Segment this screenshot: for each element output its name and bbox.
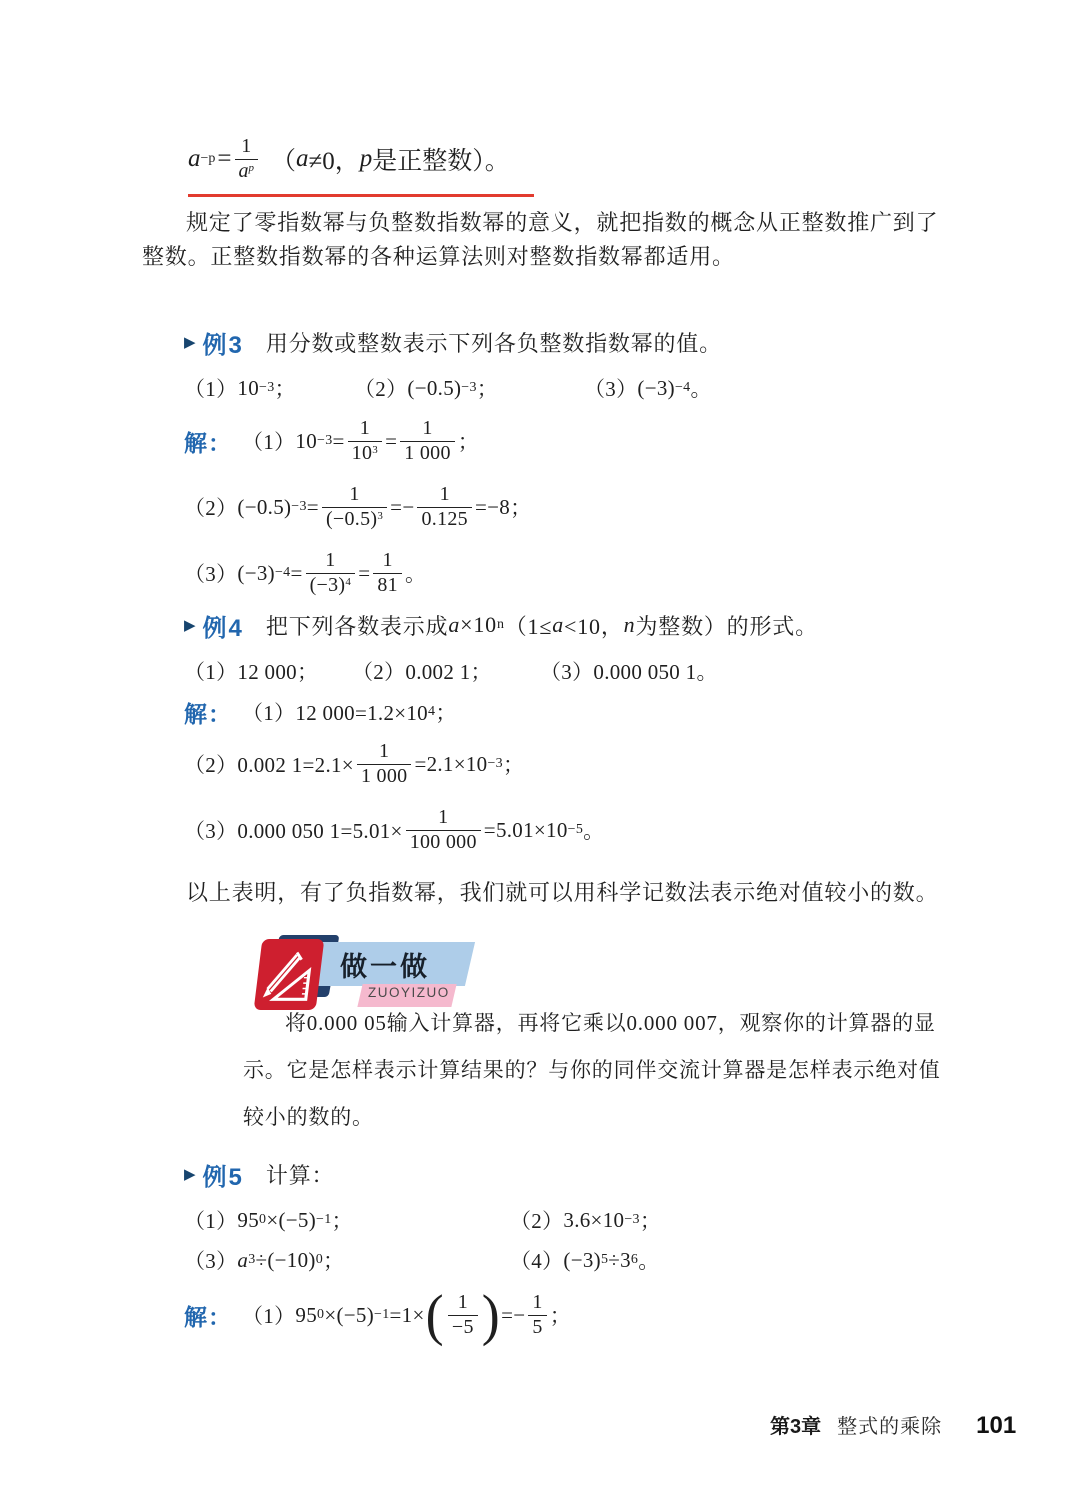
equals-sign: = [358,561,370,586]
fraction-denominator: 81 [373,573,402,598]
solution-label: 解： [184,696,232,729]
rule-formula-line: a−p=1ap（a≠0，p是正整数）。 [188,128,534,190]
var-a: a [552,612,564,638]
math-exponent: −4 [275,566,291,580]
punctuation: ； [550,1300,571,1330]
condition-mid: ≠0， [309,141,360,177]
var-a: a [448,612,460,638]
problem-item: （2）0.002 1； [352,656,540,686]
math-base: 95 [237,1208,259,1233]
fraction-denominator: −5 [448,1315,478,1340]
equals-sign: = [333,429,345,454]
math-exponent: −5 [568,823,584,837]
condition-var-p: p [360,145,373,173]
example-3-label: 例3 [203,325,244,360]
summary-paragraph: 以上表明，有了负指数幂，我们就可以用科学记数法表示绝对值较小的数。 [142,876,942,910]
title-text: 把下列各数表示成 [266,610,448,641]
fraction: 11 000 [400,417,455,465]
punctuation: ； [510,492,531,522]
math-base: 10 [237,376,259,401]
equals-sign: = [385,429,397,454]
den-base: (−3) [310,574,346,596]
example-3-solution-1: 解：（1）10−3=1103=11 000； [184,412,954,470]
example-5-title: 计算： [266,1159,334,1190]
fraction-denominator: (−0.5)3 [322,507,387,532]
condition-var-a: a [296,145,309,173]
title-text: <10， [564,610,624,641]
problem-number: （3） [184,1245,237,1275]
math-exponent: 0 [259,1213,266,1227]
punctuation: ； [503,749,524,779]
example-4-label: 例4 [203,608,244,643]
math-exponent: −1 [316,1213,332,1227]
zuoyizuo-title: 做一做 [340,945,430,984]
math-expression: =2.1×10 [414,752,487,777]
fraction: 181 [373,549,402,597]
problem-number: （1） [184,373,237,403]
problem-number: （1） [184,1205,237,1235]
example-4: ▶ 例4 把下列各数表示成a×10n（1≤a<10，n为整数）的形式。 （1）1… [184,607,954,861]
fraction-numerator: 1 [436,483,454,507]
fraction-numerator: 1 [434,806,452,830]
den-exponent: 3 [372,444,378,456]
right-arrow-marker: ▶ [184,1165,196,1184]
math-base: (−3) [563,1248,601,1273]
fraction-numerator: 1 [418,417,436,441]
footer-page-number: 101 [976,1412,1016,1440]
math-base: 95 [295,1303,317,1328]
intro-paragraph: 规定了零指数幂与负整数指数幂的意义，就把指数的概念从正整数推广到了整数。正整数指… [142,206,942,274]
example-3: ▶ 例3 用分数或整数表示下列各负整数指数幂的值。 （1）10−3； （2）(−… [184,324,954,604]
den-exponent: p [249,162,255,174]
problem-item: （4）(−3)5÷36。 [510,1245,660,1275]
zuoyizuo-subtitle: ZUOYIZUO [368,985,450,1000]
math-expression: ÷3 [608,1248,631,1273]
right-arrow-marker: ▶ [184,616,196,635]
punctuation: ； [435,697,456,727]
fraction-numerator: 1 [379,549,397,573]
example-3-solution-3: （3）(−3)−4=1(−3)4=181。 [184,542,954,604]
example-3-solution-2: （2）(−0.5)−3=1(−0.5)3=−10.125=−8； [184,476,954,538]
den-exponent: 3 [377,510,383,522]
problem-number: （2） [354,373,407,403]
math-base: 3.6×10 [563,1208,624,1233]
problem-number: （4） [510,1245,563,1275]
den-exponent: 4 [345,576,351,588]
math-exponent: −3 [487,757,503,771]
math-exponent: 0 [316,1253,323,1267]
fraction-denominator: 5 [528,1315,546,1340]
math-exponent: −3 [317,434,333,448]
example-4-header: ▶ 例4 把下列各数表示成a×10n（1≤a<10，n为整数）的形式。 [184,607,954,643]
punctuation: 。 [690,373,711,403]
solution-label: 解： [184,1299,232,1332]
problem-item: （2）3.6×10−3； [510,1205,661,1235]
punctuation: ； [323,1245,344,1275]
formula-fraction: 1ap [235,135,259,183]
math-base: (−0.5) [407,376,461,401]
fraction-denominator: 1 000 [357,764,412,789]
equals-sign: = [307,495,319,520]
math-expression: ×(−5) [324,1303,374,1328]
math-expression: ÷(−10) [256,1248,316,1273]
math-exponent: −3 [461,381,477,395]
example-5-header: ▶ 例5 计算： [184,1156,954,1192]
title-text: （1≤ [505,610,552,641]
math-exponent: −3 [624,1213,640,1227]
right-arrow-marker: ▶ [184,333,196,352]
problem-item: （3）0.000 050 1。 [540,656,718,686]
punctuation: ； [332,1205,353,1235]
red-underline [188,194,534,197]
fraction: 11 000 [357,740,412,788]
punctuation: ； [477,373,498,403]
problem-number: （3） [184,558,237,588]
math-exponent: 5 [601,1253,608,1267]
formula-base: a [188,145,201,173]
fraction: 1(−0.5)3 [322,483,387,531]
math-exponent: 0 [317,1308,324,1322]
math-exponent: −4 [675,381,691,395]
footer-section-title: 整式的乘除 [837,1410,942,1439]
example-3-header: ▶ 例3 用分数或整数表示下列各负整数指数幂的值。 [184,324,954,360]
fraction-numerator: 1 [356,417,374,441]
equals-sign: = [290,561,302,586]
right-paren: ) [482,1289,500,1340]
problem-item: （1）10−3； [184,373,354,403]
fraction-numerator: 1 [345,483,363,507]
math-expression: =5.01×10 [484,818,568,843]
formula-exponent: −p [201,152,216,166]
example-4-problems: （1）12 000； （2）0.002 1； （3）0.000 050 1。 [184,655,954,687]
example-5-label: 例5 [203,1157,244,1192]
equals-minus: =− [501,1303,525,1328]
fraction-numerator: 1 [321,549,339,573]
var-n-exponent: n [497,618,505,632]
result-value: =−8 [475,495,510,520]
problem-item: （2）(−0.5)−3； [354,373,584,403]
example-4-solution-3: （3）0.000 050 1=5.01×1100 000=5.01×10−5。 [184,799,954,861]
punctuation: 。 [405,558,426,588]
fraction-denominator: 0.125 [417,507,472,532]
fraction-denominator: 1 000 [400,441,455,466]
math-base: 10 [295,429,317,454]
fraction-numerator: 1 [237,135,255,159]
fraction-denominator: 100 000 [406,830,481,855]
title-text: 为整数）的形式。 [635,610,817,641]
problem-number: （1） [242,1300,295,1330]
fraction: 15 [528,1291,546,1339]
math-expression: ×(−5) [266,1208,316,1233]
example-5-problems-row-1: （1）950×(−5)−1； （2）3.6×10−3； [184,1204,954,1236]
title-text: ×10 [460,612,497,638]
math-expression: （3）0.000 050 1=5.01× [184,815,403,845]
equals-sign: = [217,145,231,173]
negative-exponent-rule: a−p=1ap（a≠0，p是正整数）。 [188,128,534,197]
example-4-solution-2: （2）0.002 1=2.1×11 000=2.1×10−3； [184,735,954,793]
fraction: 10.125 [417,483,472,531]
fraction: 1100 000 [406,806,481,854]
den-base: (−0.5) [326,508,377,530]
fraction-denominator: 103 [348,441,382,466]
example-5-problems-row-2: （3）a3÷(−10)0； （4）(−3)5÷36。 [184,1244,954,1276]
problem-item: （3）(−3)−4。 [584,373,712,403]
fraction-numerator: 1 [528,1291,546,1315]
solution-label: 解： [184,425,232,458]
punctuation: ； [458,426,479,456]
textbook-page: a−p=1ap（a≠0，p是正整数）。 规定了零指数幂与负整数指数幂的意义，就把… [0,0,1065,1508]
fraction-denominator: ap [235,159,259,184]
problem-number: （3） [584,373,637,403]
punctuation: 。 [583,815,604,845]
math-exponent: −1 [374,1308,390,1322]
math-expression: （1）12 000=1.2×10 [242,697,428,727]
math-exponent: 4 [428,705,435,719]
math-expression: =1× [390,1303,425,1328]
condition-close: 是正整数）。 [372,141,510,177]
left-paren: ( [426,1289,444,1340]
footer-chapter: 第3章 [770,1410,821,1439]
punctuation: ； [640,1205,661,1235]
example-3-title: 用分数或整数表示下列各负整数指数幂的值。 [266,327,722,358]
problem-item: （1）950×(−5)−1； [184,1205,510,1235]
example-5: ▶ 例5 计算： （1）950×(−5)−1； （2）3.6×10−3； （3）… [184,1156,954,1346]
math-exponent: −3 [291,500,307,514]
fraction-numerator: 1 [375,740,393,764]
problem-item: （3）a3÷(−10)0； [184,1245,510,1275]
example-4-solution-1: 解：（1）12 000=1.2×104； [184,695,954,729]
problem-number: （2） [510,1205,563,1235]
var-n: n [624,612,636,638]
fraction: 1103 [348,417,382,465]
equals-minus: =− [390,495,414,520]
fraction: 1−5 [448,1291,478,1339]
problem-number: （2） [184,492,237,522]
fraction: 1(−3)4 [306,549,356,597]
problem-number: （1） [242,426,295,456]
math-base: (−3) [637,376,675,401]
problem-item: （1）12 000； [184,656,352,686]
zuoyizuo-body: 将0.000 05输入计算器，再将它乘以0.000 007，观察你的计算器的显示… [243,1000,943,1141]
condition-open: （ [271,141,296,177]
math-base: (−3) [237,561,275,586]
example-3-problems: （1）10−3； （2）(−0.5)−3； （3）(−3)−4。 [184,372,954,404]
example-5-solution-1: 解：（1）950×(−5)−1=1×(1−5)=−15； [184,1284,954,1346]
var-a: a [237,1248,248,1273]
punctuation: 。 [638,1245,659,1275]
fraction-numerator: 1 [454,1291,472,1315]
math-expression: （2）0.002 1=2.1× [184,749,354,779]
punctuation: ； [275,373,296,403]
math-exponent: −3 [259,381,275,395]
den-base: 10 [352,442,373,464]
page-footer: 第3章 整式的乘除 101 [770,1410,1016,1440]
math-base: (−0.5) [237,495,291,520]
example-4-title: 把下列各数表示成a×10n（1≤a<10，n为整数）的形式。 [266,610,818,641]
math-exponent: 6 [631,1253,638,1267]
fraction-denominator: (−3)4 [306,573,356,598]
math-exponent: 3 [248,1253,255,1267]
den-base: a [239,160,249,182]
